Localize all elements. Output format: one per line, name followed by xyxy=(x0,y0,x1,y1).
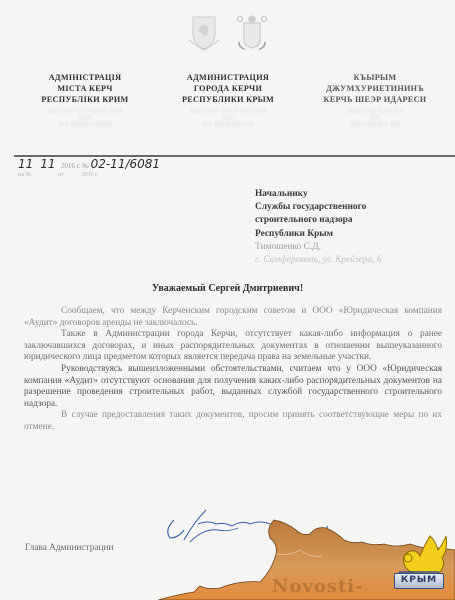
header-line: МІСТА КЕРЧ xyxy=(10,83,160,94)
header-line: КЪЫРЫМ xyxy=(300,72,450,83)
kerch-coat-of-arms-icon xyxy=(235,14,269,52)
griffin-logo-icon xyxy=(386,528,452,600)
header-russian: АДМИНИСТРАЦИЯ ГОРОДА КЕРЧИ РЕСПУБЛИКИ КР… xyxy=(153,72,303,129)
addressee-block: Начальнику Службы государственного строи… xyxy=(255,188,382,267)
addressee-line: Начальнику xyxy=(255,188,382,201)
header-line: АДМІНІСТРАЦІЯ xyxy=(10,72,160,83)
year-label: 2016 г. № xyxy=(61,162,89,170)
letter-page: АДМІНІСТРАЦІЯ МІСТА КЕРЧ РЕСПУБЛІКИ КРИМ… xyxy=(0,0,455,600)
header-faint-details: ░░░ ░░░░░ ░░░ ░░░░░ ░░░░░░░░░░ ░░░░░ ░░░… xyxy=(153,108,303,129)
header-crimean-tatar: КЪЫРЫМ ДЖУМХУРИЕТИНИНЪ КЕРЧЬ ШЕЭР ИДАРЕС… xyxy=(300,72,450,129)
paragraph: В случае предоставления таких документов… xyxy=(24,410,442,433)
header-line: КЕРЧЬ ШЕЭР ИДАРЕСИ xyxy=(300,94,450,105)
registration-number: 11 11 2016 г. № 02-11/6081 xyxy=(18,157,160,171)
addressee-line: Республики Крым xyxy=(255,228,382,241)
emblems-row xyxy=(0,14,455,52)
ref-of: от xyxy=(58,172,64,178)
reference-line: на № от 2016 г. xyxy=(18,172,98,178)
crimea-coat-of-arms-icon xyxy=(187,14,221,52)
header-faint-details: ░░░ ░░░░ ░░ ░░░░░░░ ░░░░░░░░░░░ ░░░░░ ░░… xyxy=(10,108,160,129)
letter-body: Сообщаем, что между Керченским городским… xyxy=(24,306,442,434)
outgoing-number: 02-11/6081 xyxy=(91,157,160,171)
header-line: РЕСПУБЛІКИ КРИМ xyxy=(10,94,160,105)
addressee-line: Службы государственного xyxy=(255,201,382,214)
paragraph: Руководствуясь вышеизложенными обстоятел… xyxy=(24,364,442,410)
salutation: Уважаемый Сергей Дмитриевич! xyxy=(0,283,455,294)
ref-year: 2016 г. xyxy=(82,172,99,178)
paragraph: Также в Администрации города Керчи, отсу… xyxy=(24,329,442,364)
date-day: 11 xyxy=(18,157,33,171)
ref-label: на № xyxy=(18,172,31,178)
addressee-line: строительного надзора xyxy=(255,214,382,227)
header-ukrainian: АДМІНІСТРАЦІЯ МІСТА КЕРЧ РЕСПУБЛІКИ КРИМ… xyxy=(10,72,160,129)
paragraph: Сообщаем, что между Керченским городским… xyxy=(24,306,442,329)
header-faint-details: ░░░░ ░░░░ ░░░░ ░░░░░░░░░ ░░░░ ░░░ ░░░ xyxy=(300,108,450,129)
watermark-site-text: Novosti- xyxy=(272,576,364,597)
addressee-name: Тимошенко С.Д. xyxy=(255,241,382,254)
header-line: РЕСПУБЛИКИ КРЫМ xyxy=(153,94,303,105)
signatory-title: Глава Администрации xyxy=(25,543,113,553)
date-month: 11 xyxy=(40,157,55,171)
header-line: ДЖУМХУРИЕТИНИНЪ xyxy=(300,83,450,94)
crimea-logo-badge: КРЫМ xyxy=(394,573,444,589)
header-line: ГОРОДА КЕРЧИ xyxy=(153,83,303,94)
header-line: АДМИНИСТРАЦИЯ xyxy=(153,72,303,83)
addressee-address: г. Симферополь, ул. Крейзера, 6 xyxy=(255,254,382,267)
